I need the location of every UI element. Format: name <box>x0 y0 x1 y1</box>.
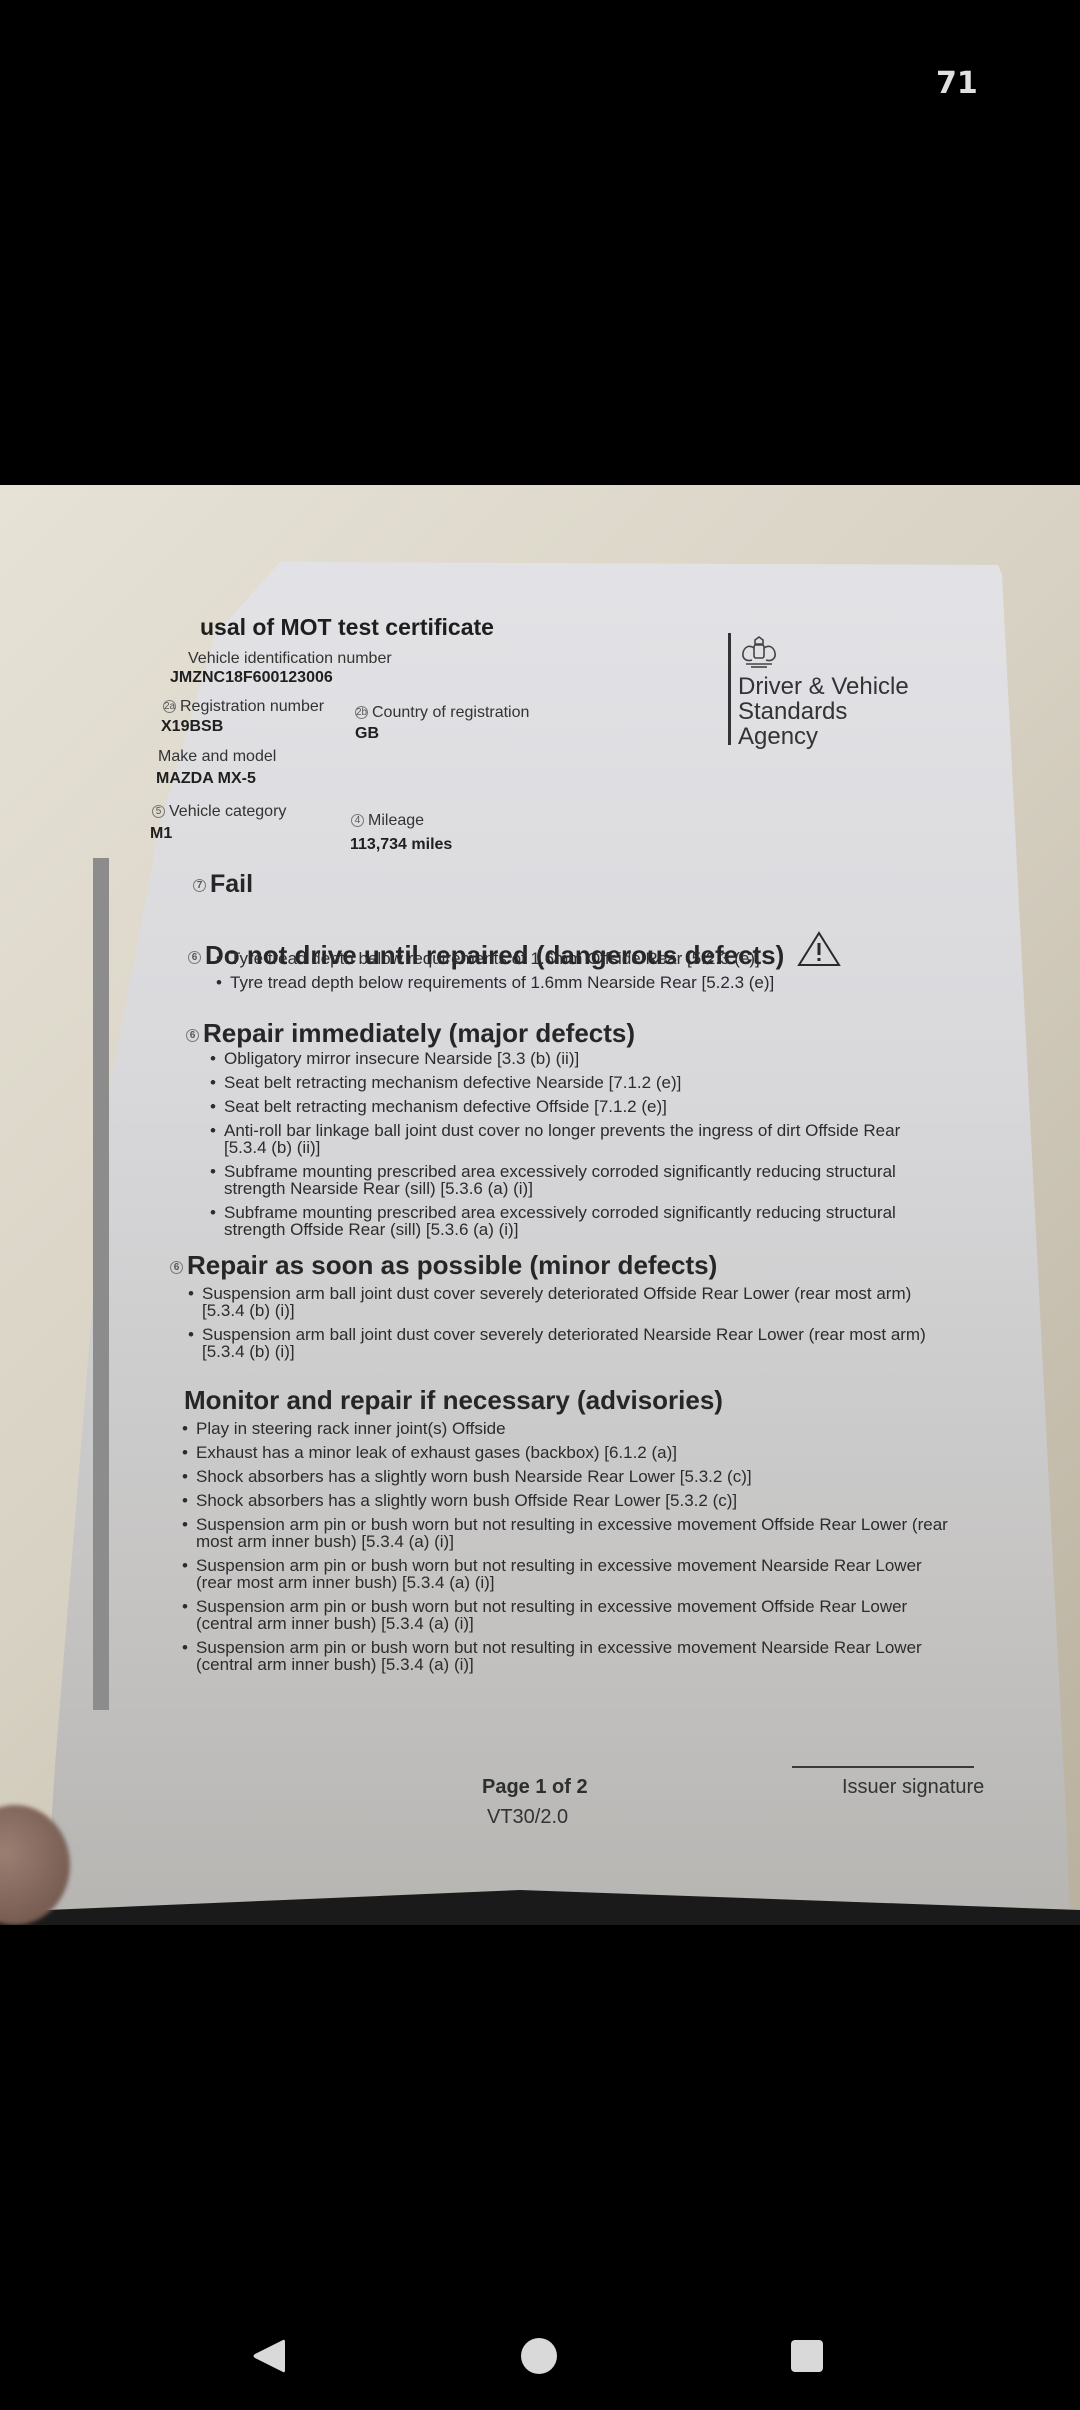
vin-label: Vehicle identification number <box>188 650 392 668</box>
major-defects-list: Obligatory mirror insecure Nearside [3.3… <box>210 1050 930 1245</box>
document-margin-bar <box>93 858 109 1710</box>
image-counter: 71 <box>936 66 978 101</box>
field-number-badge: 6 <box>170 1261 183 1274</box>
field-number-badge: 2a <box>163 700 176 713</box>
list-item: Suspension arm ball joint dust cover sev… <box>188 1285 938 1319</box>
navigation-bar <box>0 2300 1080 2410</box>
list-item: Subframe mounting prescribed area excess… <box>210 1163 930 1197</box>
list-item: Tyre tread depth below requirements of 1… <box>216 974 774 991</box>
dangerous-defects-list: Tyre tread depth below requirements of 1… <box>216 950 774 998</box>
list-item: Subframe mounting prescribed area excess… <box>210 1204 930 1238</box>
field-number-badge: 6 <box>188 951 201 964</box>
section-heading-minor: 6Repair as soon as possible (minor defec… <box>170 1250 717 1281</box>
list-item: Tyre tread depth below requirements of 1… <box>216 950 774 967</box>
list-item: Suspension arm ball joint dust cover sev… <box>188 1326 938 1360</box>
field-number-badge: 5 <box>152 805 165 818</box>
country-label: 2bCountry of registration <box>355 704 529 722</box>
section-heading-major: 6Repair immediately (major defects) <box>186 1018 635 1049</box>
back-triangle-icon <box>252 2337 286 2375</box>
registration-label: 2aRegistration number <box>163 698 324 716</box>
mileage-label: 4Mileage <box>351 812 424 830</box>
form-code: VT30/2.0 <box>487 1806 568 1829</box>
minor-defects-list: Suspension arm ball joint dust cover sev… <box>188 1285 938 1367</box>
field-number-badge: 4 <box>351 814 364 827</box>
list-item: Exhaust has a minor leak of exhaust gase… <box>182 1444 962 1461</box>
vehicle-category-label: 5Vehicle category <box>152 803 286 821</box>
list-item: Suspension arm pin or bush worn but not … <box>182 1639 962 1673</box>
warning-triangle-icon <box>796 930 842 968</box>
agency-name: Driver & Vehicle Standards Agency <box>738 674 909 749</box>
recents-square-icon <box>790 2339 824 2373</box>
royal-crest-icon <box>738 636 780 670</box>
page-number: Page 1 of 2 <box>482 1776 588 1799</box>
list-item: Shock absorbers has a slightly worn bush… <box>182 1468 962 1485</box>
list-item: Anti-roll bar linkage ball joint dust co… <box>210 1122 930 1156</box>
field-number-badge: 2b <box>355 706 368 719</box>
list-item: Suspension arm pin or bush worn but not … <box>182 1598 962 1632</box>
list-item: Play in steering rack inner joint(s) Off… <box>182 1420 962 1437</box>
list-item: Suspension arm pin or bush worn but not … <box>182 1516 962 1550</box>
back-button[interactable] <box>252 2337 286 2380</box>
make-model-value: MAZDA MX-5 <box>156 770 256 788</box>
home-button[interactable] <box>520 2337 558 2380</box>
make-model-label: Make and model <box>158 748 276 766</box>
list-item: Suspension arm pin or bush worn but not … <box>182 1557 962 1591</box>
field-number-badge: 7 <box>193 879 206 892</box>
country-value: GB <box>355 725 379 743</box>
vehicle-category-value: M1 <box>150 825 172 843</box>
registration-value: X19BSB <box>161 718 223 736</box>
list-item: Shock absorbers has a slightly worn bush… <box>182 1492 962 1509</box>
recents-button[interactable] <box>790 2339 824 2378</box>
home-circle-icon <box>520 2337 558 2375</box>
document-title: usal of MOT test certificate <box>200 614 494 641</box>
vin-value: JMZNC18F600123006 <box>170 669 333 687</box>
list-item: Seat belt retracting mechanism defective… <box>210 1098 930 1115</box>
list-item: Obligatory mirror insecure Nearside [3.3… <box>210 1050 930 1067</box>
agency-divider <box>728 633 731 745</box>
section-heading-advisories: Monitor and repair if necessary (advisor… <box>184 1385 723 1416</box>
issuer-signature-label: Issuer signature <box>842 1776 984 1799</box>
test-result: 7Fail <box>193 870 253 899</box>
field-number-badge: 6 <box>186 1029 199 1042</box>
advisories-list: Play in steering rack inner joint(s) Off… <box>182 1420 962 1680</box>
mileage-value: 113,734 miles <box>350 836 452 854</box>
signature-line <box>792 1766 974 1768</box>
list-item: Seat belt retracting mechanism defective… <box>210 1074 930 1091</box>
